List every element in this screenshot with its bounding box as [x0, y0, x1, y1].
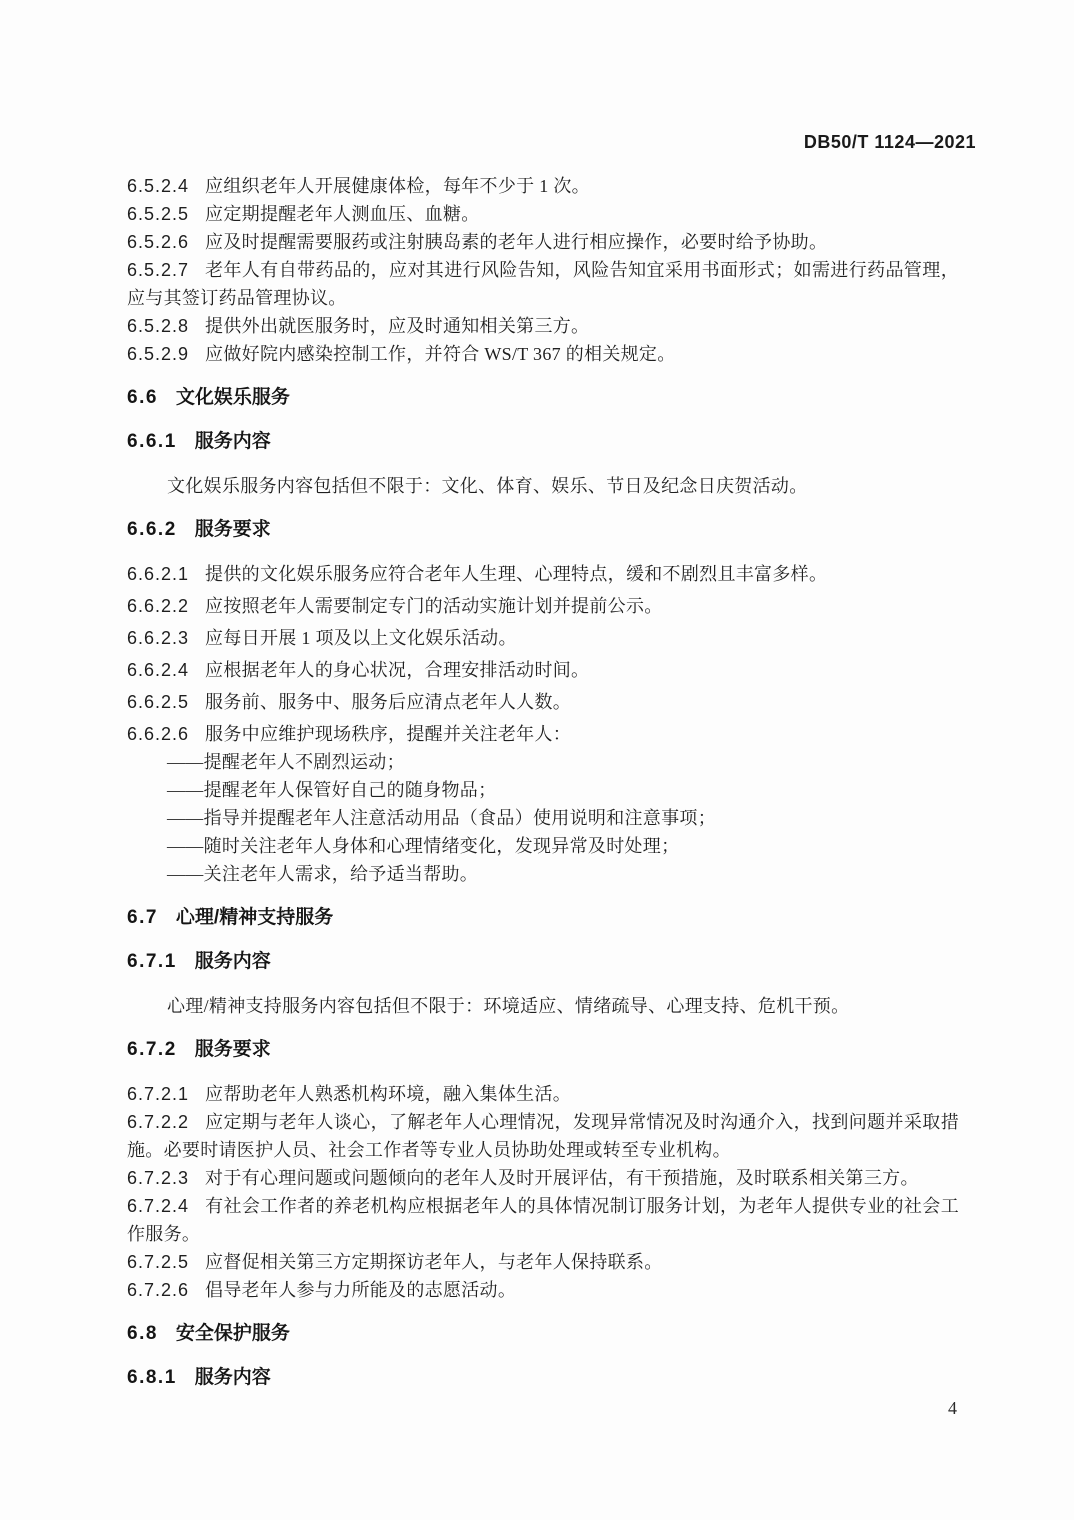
clause-text: 倡导老年人参与力所能及的志愿活动。 [205, 1280, 516, 1300]
clause-6-6-2-3: 6.6.2.3应每日开展 1 项及以上文化娱乐活动。 [127, 624, 959, 652]
clause-text: 提供外出就医服务时，应及时通知相关第三方。 [205, 316, 589, 336]
clause-text: 应根据老年人的身心状况，合理安排活动时间。 [205, 660, 589, 680]
paragraph-6-6-1: 文化娱乐服务内容包括但不限于：文化、体育、娱乐、节日及纪念日庆贺活动。 [127, 472, 959, 500]
clause-text: 服务中应维护现场秩序，提醒并关注老年人： [205, 724, 571, 744]
section-heading-6-7: 6.7心理/精神支持服务 [127, 904, 959, 932]
clause-text: 应组织老年人开展健康体检，每年不少于 1 次。 [205, 176, 590, 196]
clause-number: 6.6.2.1 [127, 564, 189, 584]
clause-number: 6.6.2.5 [127, 692, 189, 712]
clause-6-5-2-9: 6.5.2.9应做好院内感染控制工作，并符合 WS/T 367 的相关规定。 [127, 340, 959, 368]
clause-6-6-2-6: 6.6.2.6服务中应维护现场秩序，提醒并关注老年人： [127, 720, 959, 748]
section-heading-6-8: 6.8安全保护服务 [127, 1320, 959, 1348]
clause-text: 应做好院内感染控制工作，并符合 WS/T 367 的相关规定。 [205, 344, 675, 364]
clause-text: 应帮助老年人熟悉机构环境，融入集体生活。 [205, 1084, 571, 1104]
heading-text: 服务要求 [195, 1039, 271, 1060]
heading-number: 6.7.1 [127, 951, 177, 972]
dash-list-item: ——随时关注老年人身体和心理情绪变化，发现异常及时处理； [167, 832, 959, 860]
clause-number: 6.7.2.6 [127, 1280, 189, 1300]
heading-text: 服务内容 [195, 1367, 271, 1388]
clause-text: 应每日开展 1 项及以上文化娱乐活动。 [205, 628, 517, 648]
section-heading-6-7-2: 6.7.2服务要求 [127, 1036, 959, 1064]
heading-number: 6.7.2 [127, 1039, 177, 1060]
dash-list-item: ——提醒老年人不剧烈运动； [167, 748, 959, 776]
section-heading-6-8-1: 6.8.1服务内容 [127, 1364, 959, 1392]
clause-6-6-2-2: 6.6.2.2应按照老年人需要制定专门的活动实施计划并提前公示。 [127, 592, 959, 620]
heading-number: 6.8.1 [127, 1367, 177, 1388]
heading-text: 服务内容 [195, 951, 271, 972]
clause-6-7-2-1: 6.7.2.1应帮助老年人熟悉机构环境，融入集体生活。 [127, 1080, 959, 1108]
dash-list-item: ——指导并提醒老年人注意活动用品（食品）使用说明和注意事项； [167, 804, 959, 832]
clause-text: 应督促相关第三方定期探访老年人，与老年人保持联系。 [205, 1252, 663, 1272]
clause-number: 6.7.2.4 [127, 1196, 189, 1216]
clause-text: 应定期与老年人谈心，了解老年人心理情况，发现异常情况及时沟通介入，找到问题并采取… [127, 1112, 959, 1160]
clause-number: 6.5.2.9 [127, 344, 189, 364]
clause-number: 6.7.2.3 [127, 1168, 189, 1188]
standard-number-header: DB50/T 1124—2021 [804, 132, 976, 153]
clause-text: 应及时提醒需要服药或注射胰岛素的老年人进行相应操作，必要时给予协助。 [205, 232, 827, 252]
heading-number: 6.8 [127, 1323, 158, 1344]
section-heading-6-7-1: 6.7.1服务内容 [127, 948, 959, 976]
heading-text: 文化娱乐服务 [176, 387, 290, 408]
heading-text: 安全保护服务 [176, 1323, 290, 1344]
section-heading-6-6: 6.6文化娱乐服务 [127, 384, 959, 412]
clause-6-5-2-4: 6.5.2.4应组织老年人开展健康体检，每年不少于 1 次。 [127, 172, 959, 200]
clause-6-7-2-5: 6.7.2.5应督促相关第三方定期探访老年人，与老年人保持联系。 [127, 1248, 959, 1276]
clause-6-5-2-7: 6.5.2.7老年人有自带药品的，应对其进行风险告知，风险告知宜采用书面形式；如… [127, 256, 959, 312]
heading-number: 6.6 [127, 387, 158, 408]
heading-number: 6.6.1 [127, 431, 177, 452]
clause-6-6-2-5: 6.6.2.5服务前、服务中、服务后应清点老年人人数。 [127, 688, 959, 716]
dash-list-item: ——提醒老年人保管好自己的随身物品； [167, 776, 959, 804]
clause-6-6-2-1: 6.6.2.1提供的文化娱乐服务应符合老年人生理、心理特点，缓和不剧烈且丰富多样… [127, 560, 959, 588]
clause-number: 6.5.2.6 [127, 232, 189, 252]
section-heading-6-6-1: 6.6.1服务内容 [127, 428, 959, 456]
clause-number: 6.6.2.3 [127, 628, 189, 648]
heading-number: 6.6.2 [127, 519, 177, 540]
document-body: 6.5.2.4应组织老年人开展健康体检，每年不少于 1 次。 6.5.2.5应定… [127, 172, 959, 1408]
heading-text: 服务内容 [195, 431, 271, 452]
clause-6-6-2-4: 6.6.2.4应根据老年人的身心状况，合理安排活动时间。 [127, 656, 959, 684]
heading-text: 服务要求 [195, 519, 271, 540]
clause-text: 应定期提醒老年人测血压、血糖。 [205, 204, 480, 224]
clause-text: 对于有心理问题或问题倾向的老年人及时开展评估，有干预措施，及时联系相关第三方。 [205, 1168, 919, 1188]
clause-number: 6.7.2.2 [127, 1112, 189, 1132]
clause-text: 老年人有自带药品的，应对其进行风险告知，风险告知宜采用书面形式；如需进行药品管理… [127, 260, 959, 308]
clause-number: 6.6.2.6 [127, 724, 189, 744]
heading-text: 心理/精神支持服务 [176, 907, 333, 928]
clause-6-5-2-6: 6.5.2.6应及时提醒需要服药或注射胰岛素的老年人进行相应操作，必要时给予协助… [127, 228, 959, 256]
clause-number: 6.5.2.7 [127, 260, 189, 280]
clause-number: 6.6.2.4 [127, 660, 189, 680]
clause-number: 6.6.2.2 [127, 596, 189, 616]
clause-number: 6.5.2.5 [127, 204, 189, 224]
clause-number: 6.5.2.8 [127, 316, 189, 336]
clause-6-7-2-3: 6.7.2.3对于有心理问题或问题倾向的老年人及时开展评估，有干预措施，及时联系… [127, 1164, 959, 1192]
paragraph-6-7-1: 心理/精神支持服务内容包括但不限于：环境适应、情绪疏导、心理支持、危机干预。 [127, 992, 959, 1020]
clause-text: 应按照老年人需要制定专门的活动实施计划并提前公示。 [205, 596, 663, 616]
clause-text: 提供的文化娱乐服务应符合老年人生理、心理特点，缓和不剧烈且丰富多样。 [205, 564, 827, 584]
clause-number: 6.7.2.5 [127, 1252, 189, 1272]
clause-6-7-2-2: 6.7.2.2应定期与老年人谈心，了解老年人心理情况，发现异常情况及时沟通介入，… [127, 1108, 959, 1164]
clause-text: 有社会工作者的养老机构应根据老年人的具体情况制订服务计划，为老年人提供专业的社会… [127, 1196, 959, 1244]
clause-6-7-2-4: 6.7.2.4有社会工作者的养老机构应根据老年人的具体情况制订服务计划，为老年人… [127, 1192, 959, 1248]
clause-6-5-2-5: 6.5.2.5应定期提醒老年人测血压、血糖。 [127, 200, 959, 228]
clause-6-7-2-6: 6.7.2.6倡导老年人参与力所能及的志愿活动。 [127, 1276, 959, 1304]
clause-text: 服务前、服务中、服务后应清点老年人人数。 [205, 692, 571, 712]
heading-number: 6.7 [127, 907, 158, 928]
section-heading-6-6-2: 6.6.2服务要求 [127, 516, 959, 544]
dash-list-item: ——关注老年人需求，给予适当帮助。 [167, 860, 959, 888]
page-number: 4 [948, 1398, 957, 1419]
clause-6-5-2-8: 6.5.2.8提供外出就医服务时，应及时通知相关第三方。 [127, 312, 959, 340]
clause-number: 6.7.2.1 [127, 1084, 189, 1104]
clause-number: 6.5.2.4 [127, 176, 189, 196]
